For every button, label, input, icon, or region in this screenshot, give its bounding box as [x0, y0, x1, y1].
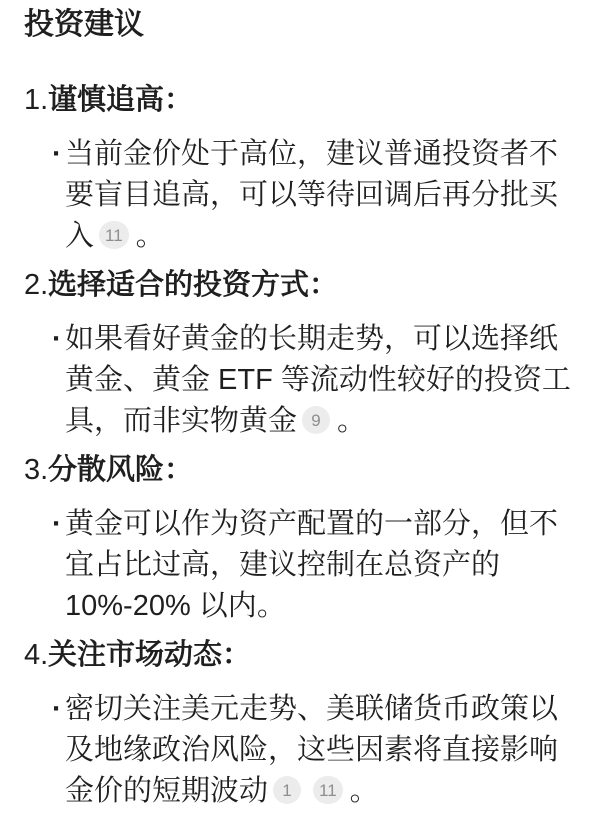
bullet-dot: · — [52, 319, 65, 442]
chat-response-content: 投资建议 1. 谨慎追高： · 当前金价处于高位，建议普通投资者不要盲目追高，可… — [0, 0, 599, 812]
list-item-heading: 关注市场动态： — [48, 637, 251, 673]
list-item-heading: 选择适合的投资方式： — [48, 267, 338, 303]
bullet-dot: · — [52, 134, 65, 257]
list-item-bullet: · 密切关注美元走势、美联储货币政策以及地缘政治风险，这些因素将直接影响金价的短… — [24, 689, 581, 812]
citation-badge[interactable]: 11 — [99, 221, 129, 249]
citation-badge[interactable]: 9 — [302, 406, 330, 434]
list-item-bullet: · 如果看好黄金的长期走势，可以选择纸黄金、黄金 ETF 等流动性较好的投资工具… — [24, 319, 581, 442]
list-item-heading-row: 2. 选择适合的投资方式： — [24, 267, 581, 303]
citation-badge[interactable]: 11 — [313, 776, 343, 804]
ordered-list-item: 1. 谨慎追高： · 当前金价处于高位，建议普通投资者不要盲目追高，可以等待回调… — [24, 82, 581, 257]
bullet-suffix: 。 — [337, 405, 366, 437]
list-item-bullet: · 黄金可以作为资产配置的一部分，但不宜占比过高，建议控制在总资产的 10%-2… — [24, 504, 581, 627]
bullet-content: 黄金可以作为资产配置的一部分，但不宜占比过高，建议控制在总资产的 10%-20%… — [65, 504, 581, 627]
list-item-number: 4. — [24, 637, 48, 673]
list-item-heading-row: 1. 谨慎追高： — [24, 82, 581, 118]
ordered-list-item: 4. 关注市场动态： · 密切关注美元走势、美联储货币政策以及地缘政治风险，这些… — [24, 637, 581, 812]
section-title: 投资建议 — [24, 4, 581, 46]
list-item-number: 1. — [24, 82, 48, 118]
list-item-number: 2. — [24, 267, 48, 303]
bullet-suffix: 。 — [350, 775, 379, 807]
list-item-bullet: · 当前金价处于高位，建议普通投资者不要盲目追高，可以等待回调后再分批买入11。 — [24, 134, 581, 257]
list-item-heading-row: 4. 关注市场动态： — [24, 637, 581, 673]
bullet-suffix: 。 — [257, 590, 286, 622]
list-item-heading: 谨慎追高： — [48, 82, 193, 118]
ordered-list-item: 2. 选择适合的投资方式： · 如果看好黄金的长期走势，可以选择纸黄金、黄金 E… — [24, 267, 581, 442]
citation-badge[interactable]: 1 — [273, 776, 301, 804]
bullet-suffix: 。 — [136, 220, 165, 252]
bullet-content: 当前金价处于高位，建议普通投资者不要盲目追高，可以等待回调后再分批买入11。 — [65, 134, 581, 257]
bullet-text: 黄金可以作为资产配置的一部分，但不宜占比过高，建议控制在总资产的 10%-20%… — [65, 508, 558, 622]
list-item-number: 3. — [24, 452, 48, 488]
bullet-dot: · — [52, 689, 65, 812]
list-item-heading: 分散风险： — [48, 452, 193, 488]
ordered-list-item: 3. 分散风险： · 黄金可以作为资产配置的一部分，但不宜占比过高，建议控制在总… — [24, 452, 581, 627]
bullet-content: 密切关注美元走势、美联储货币政策以及地缘政治风险，这些因素将直接影响金价的短期波… — [65, 689, 581, 812]
bullet-dot: · — [52, 504, 65, 627]
bullet-content: 如果看好黄金的长期走势，可以选择纸黄金、黄金 ETF 等流动性较好的投资工具，而… — [65, 319, 581, 442]
list-item-heading-row: 3. 分散风险： — [24, 452, 581, 488]
